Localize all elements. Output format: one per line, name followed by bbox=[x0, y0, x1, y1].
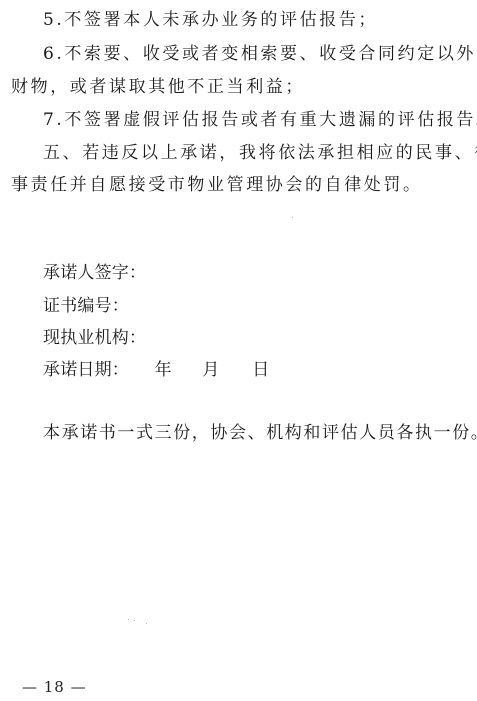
certificate-number-label: 证书编号： bbox=[43, 296, 129, 316]
item-5: 5.不签署本人未承办业务的评估报告； bbox=[43, 10, 378, 30]
item-6-line-1: 6.不索要、收受或者变相索要、收受合同约定以外的酬金、 bbox=[43, 44, 477, 64]
signer-label: 承诺人签字： bbox=[43, 263, 146, 283]
clause-5-line-2: 事责任并自愿接受市物业管理协会的自律处罚。 bbox=[11, 175, 423, 195]
item-6-line-2: 财物，或者谋取其他不正当利益； bbox=[11, 77, 305, 97]
item-7: 7.不签署虚假评估报告或者有重大遗漏的评估报告。 bbox=[43, 110, 477, 130]
page-number: — 18 — bbox=[22, 678, 87, 696]
scan-artifact bbox=[292, 217, 293, 218]
day-label: 日 bbox=[252, 360, 269, 380]
clause-5-line-1: 五、若违反以上承诺，我将依法承担相应的民事、行政、刑 bbox=[43, 143, 477, 163]
year-label: 年 bbox=[155, 360, 172, 380]
date-label: 承诺日期： bbox=[43, 360, 129, 380]
copies-note: 本承诺书一式三份，协会、机构和评估人员各执一份。 bbox=[43, 423, 477, 443]
scan-artifact bbox=[146, 623, 147, 624]
month-label: 月 bbox=[202, 360, 219, 380]
institution-label: 现执业机构： bbox=[43, 328, 146, 348]
commitment-date-row: 承诺日期： 年 月 日 bbox=[43, 360, 269, 380]
scan-artifact bbox=[128, 619, 129, 620]
scan-artifact bbox=[134, 620, 135, 621]
